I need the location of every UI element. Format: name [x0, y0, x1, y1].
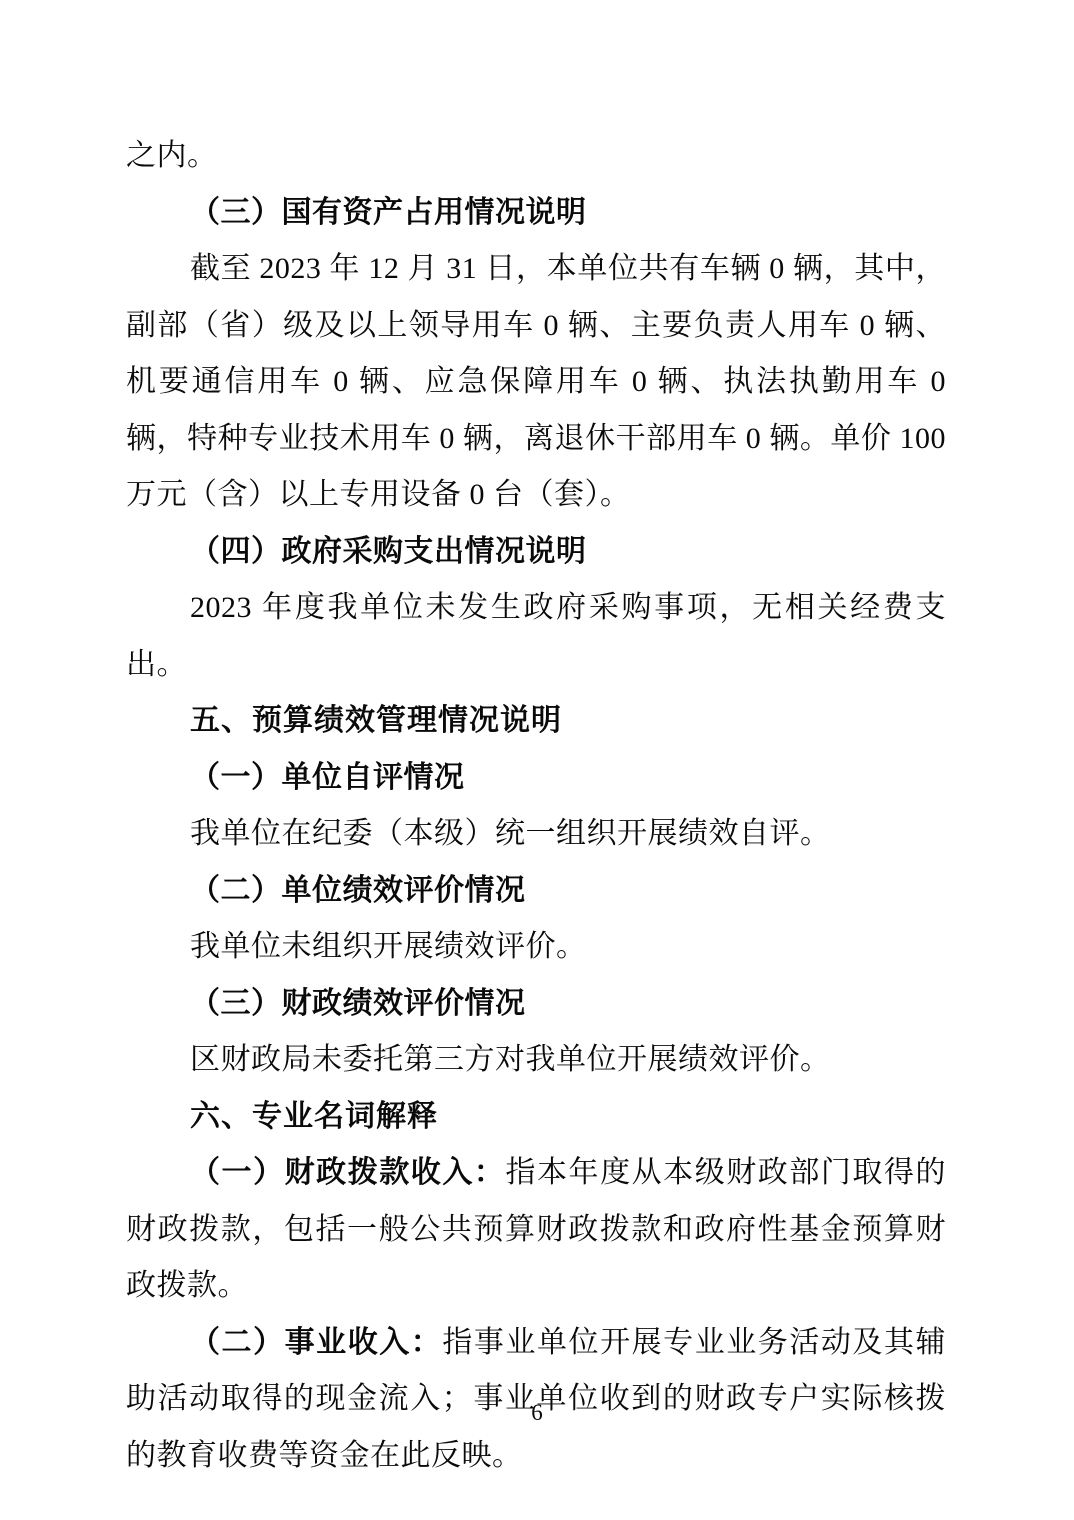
heading-section-6: 六、专业名词解释	[126, 1089, 946, 1146]
text-run: （二）事业收入：	[190, 1326, 442, 1359]
heading-fiscal-performance: （三）财政绩效评价情况	[126, 976, 946, 1033]
paragraph-state-assets: 截至 2023 年 12 月 31 日，本单位共有车辆 0 辆，其中，副部（省）…	[126, 241, 946, 524]
text-run: （三）财政绩效评价情况	[190, 987, 526, 1020]
paragraph-gov-procurement: 2023 年度我单位未发生政府采购事项，无相关经费支出。	[126, 580, 946, 693]
text-run: 我单位在纪委（本级）统一组织开展绩效自评。	[190, 817, 831, 850]
text-run: （三）国有资产占用情况说明	[190, 196, 587, 229]
heading-state-assets: （三）国有资产占用情况说明	[126, 185, 946, 242]
document-page: 之内。（三）国有资产占用情况说明截至 2023 年 12 月 31 日，本单位共…	[0, 0, 1074, 1520]
text-run: 区财政局未委托第三方对我单位开展绩效评价。	[190, 1043, 831, 1076]
paragraph-self-evaluation: 我单位在纪委（本级）统一组织开展绩效自评。	[126, 806, 946, 863]
heading-self-evaluation: （一）单位自评情况	[126, 750, 946, 807]
heading-section-5: 五、预算绩效管理情况说明	[126, 693, 946, 750]
text-run: （一）单位自评情况	[190, 761, 465, 794]
paragraph-continuation: 之内。	[126, 128, 946, 185]
text-run: （四）政府采购支出情况说明	[190, 535, 587, 568]
text-run: （二）单位绩效评价情况	[190, 874, 526, 907]
document-body: 之内。（三）国有资产占用情况说明截至 2023 年 12 月 31 日，本单位共…	[126, 128, 946, 1484]
text-run: 六、专业名词解释	[190, 1100, 438, 1133]
page-footer: 6	[0, 1400, 1074, 1426]
heading-gov-procurement: （四）政府采购支出情况说明	[126, 524, 946, 581]
text-run: 之内。	[126, 139, 218, 172]
paragraph-term-fiscal-appropriation: （一）财政拨款收入：指本年度从本级财政部门取得的财政拨款，包括一般公共预算财政拨…	[126, 1145, 946, 1315]
paragraph-fiscal-performance: 区财政局未委托第三方对我单位开展绩效评价。	[126, 1032, 946, 1089]
text-run: （一）财政拨款收入：	[190, 1156, 505, 1189]
paragraph-unit-performance: 我单位未组织开展绩效评价。	[126, 919, 946, 976]
text-run: 我单位未组织开展绩效评价。	[190, 930, 587, 963]
text-run: 截至 2023 年 12 月 31 日，本单位共有车辆 0 辆，其中，副部（省）…	[126, 252, 946, 511]
text-run: 2023 年度我单位未发生政府采购事项，无相关经费支出。	[126, 591, 946, 681]
text-run: 五、预算绩效管理情况说明	[190, 704, 562, 737]
page-number: 6	[531, 1400, 543, 1425]
heading-unit-performance: （二）单位绩效评价情况	[126, 863, 946, 920]
